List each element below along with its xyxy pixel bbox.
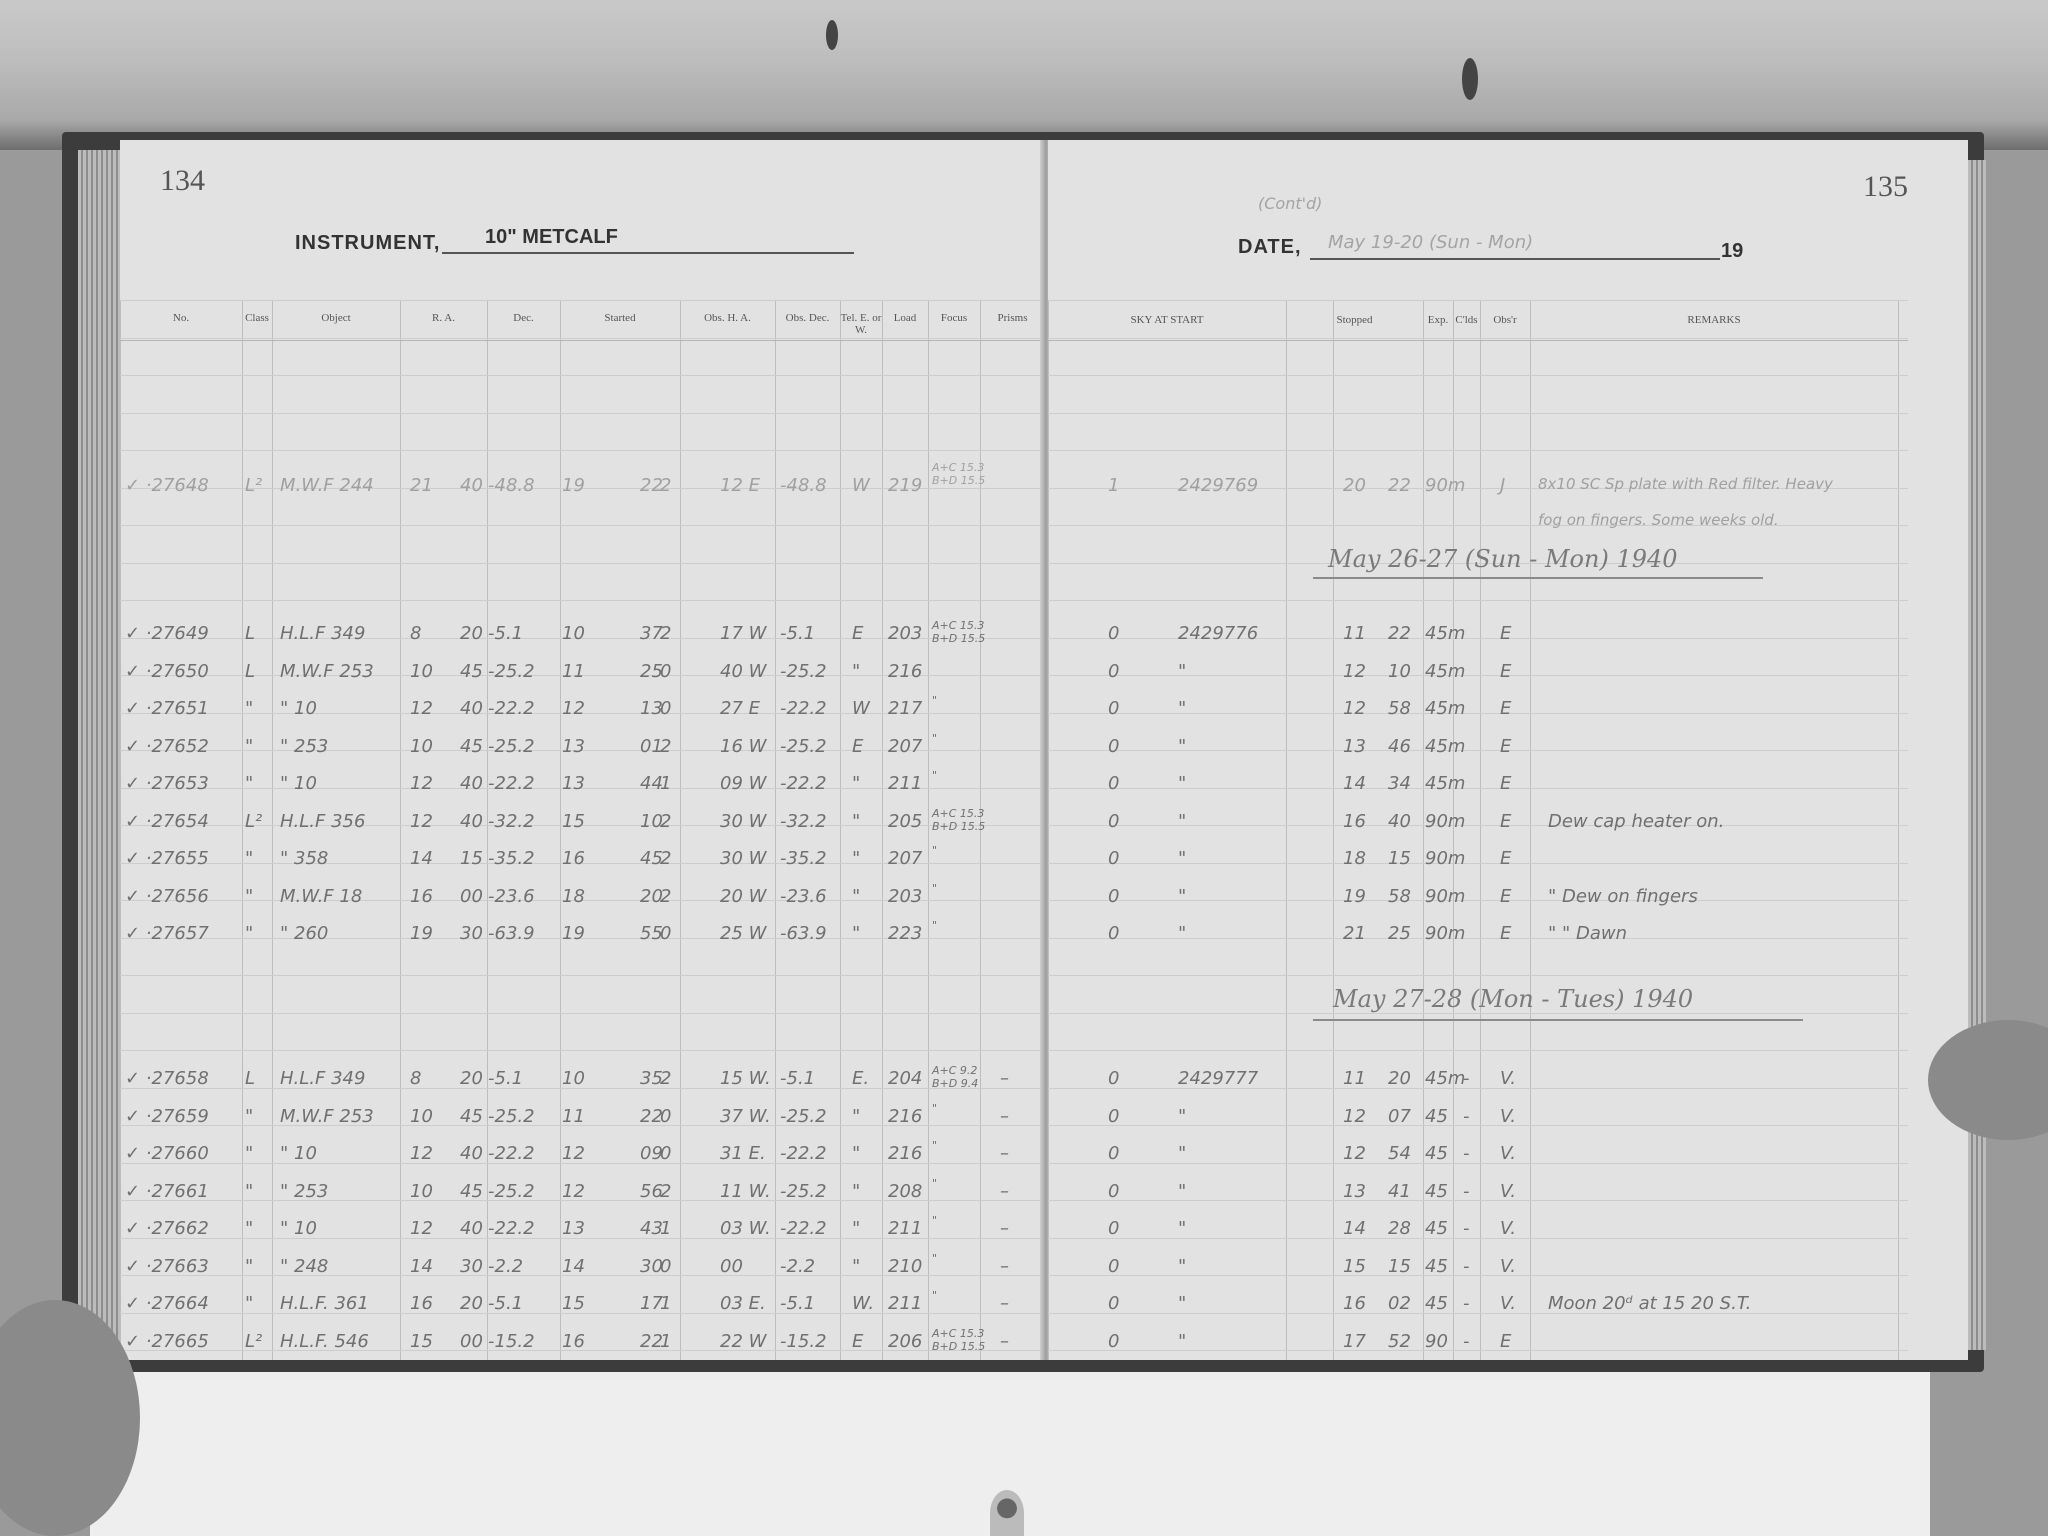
- contd-note: (Cont'd): [1258, 194, 1322, 213]
- ra-hours: 14: [410, 848, 433, 869]
- hour-angle: 30 W: [720, 848, 766, 869]
- ra-hours: 10: [410, 661, 433, 682]
- start-extra: 2: [660, 1068, 671, 1089]
- stopped-hours: 17: [1343, 1331, 1366, 1352]
- column-rule: [882, 300, 883, 1360]
- carryover-ra-m: 40: [460, 475, 483, 496]
- ra-hours: 12: [410, 1218, 433, 1239]
- column-header: Started: [560, 312, 680, 324]
- hour-angle: 22 W: [720, 1331, 766, 1352]
- ra-minutes: 30: [460, 923, 483, 944]
- row-rule: [1048, 1200, 1908, 1201]
- stopped-hours: 18: [1343, 848, 1366, 869]
- observer: E: [1500, 661, 1511, 682]
- exposure: 45m: [1425, 623, 1465, 644]
- column-header: Class: [242, 312, 272, 324]
- exposure: 90m: [1425, 923, 1465, 944]
- exposure: 90m: [1425, 886, 1465, 907]
- clouds: -: [1463, 1218, 1470, 1239]
- left-page: 134 INSTRUMENT, 10" METCALF No.ClassObje…: [120, 140, 1045, 1360]
- julian-day: ": [1178, 698, 1186, 719]
- clouds: -: [1463, 1256, 1470, 1277]
- carryover-remark-1: 8x10 SC Sp plate with Red filter. Heavy: [1538, 475, 1833, 493]
- ra-hours: 16: [410, 1293, 433, 1314]
- column-header: Obs. H. A.: [680, 312, 775, 324]
- column-rule: [1423, 300, 1424, 1360]
- start-extra: 1: [660, 1331, 671, 1352]
- telescope-side: ": [852, 848, 860, 869]
- sky-at-start: 0: [1108, 811, 1119, 832]
- column-rule: [928, 300, 929, 1360]
- ra-minutes: 00: [460, 886, 483, 907]
- exposure: 90m: [1425, 811, 1465, 832]
- carryover-dec: -48.8: [488, 475, 535, 496]
- plate-number: ✓ ·27659: [125, 1106, 209, 1127]
- exposure: 45m: [1425, 698, 1465, 719]
- column-header: C'lds: [1453, 314, 1480, 326]
- sky-at-start: 0: [1108, 773, 1119, 794]
- focus-value: ": [932, 694, 937, 707]
- start-hours: 19: [562, 923, 585, 944]
- telescope-side: ": [852, 886, 860, 907]
- row-rule: [1048, 1275, 1908, 1276]
- remark: " " Dawn: [1548, 923, 1627, 944]
- class-value: ": [245, 1143, 253, 1164]
- focus-value: ": [932, 1252, 937, 1265]
- julian-day: ": [1178, 661, 1186, 682]
- start-extra: 2: [660, 811, 671, 832]
- row-rule: [1048, 1238, 1908, 1239]
- telescope-side: E.: [852, 1068, 869, 1089]
- ra-minutes: 15: [460, 848, 483, 869]
- instrument-underline: [442, 252, 854, 254]
- julian-day: ": [1178, 1106, 1186, 1127]
- start-extra: 0: [660, 661, 671, 682]
- plate-number: ✓ ·27661: [125, 1181, 209, 1202]
- stopped-minutes: 15: [1388, 1256, 1411, 1277]
- declination: -32.2: [488, 811, 535, 832]
- carryover-sky: 1: [1108, 475, 1119, 496]
- ra-minutes: 00: [460, 1331, 483, 1352]
- object-value: " 10: [280, 1218, 317, 1239]
- ra-hours: 10: [410, 1181, 433, 1202]
- stopped-minutes: 20: [1388, 1068, 1411, 1089]
- stopped-minutes: 15: [1388, 848, 1411, 869]
- prisms-value: –: [1000, 1218, 1009, 1239]
- ra-hours: 8: [410, 1068, 421, 1089]
- stopped-hours: 21: [1343, 923, 1366, 944]
- stopped-minutes: 02: [1388, 1293, 1411, 1314]
- object-value: " 10: [280, 1143, 317, 1164]
- header-rule: [120, 340, 1045, 341]
- exposure: 45: [1425, 1218, 1448, 1239]
- observer: V.: [1500, 1293, 1516, 1314]
- prisms-value: –: [1000, 1143, 1009, 1164]
- object-value: M.W.F 253: [280, 1106, 374, 1127]
- column-rule: [1048, 300, 1049, 1360]
- focus-value: A+C 15.3 B+D 15.5: [932, 1327, 985, 1353]
- remark: " Dew on fingers: [1548, 886, 1698, 907]
- row-rule: [1048, 975, 1908, 976]
- start-hours: 10: [562, 623, 585, 644]
- start-hours: 11: [562, 1106, 585, 1127]
- carryover-jd: 2429769: [1178, 475, 1258, 496]
- ra-minutes: 20: [460, 1293, 483, 1314]
- obs-declination: -15.2: [780, 1331, 827, 1352]
- ra-minutes: 40: [460, 1143, 483, 1164]
- column-header: Prisms: [980, 312, 1045, 324]
- remark: Dew cap heater on.: [1548, 811, 1724, 832]
- telescope-side: ": [852, 811, 860, 832]
- clouds: -: [1463, 1181, 1470, 1202]
- class-value: ": [245, 773, 253, 794]
- clouds: -: [1463, 1068, 1470, 1089]
- ra-minutes: 40: [460, 811, 483, 832]
- telescope-side: ": [852, 1106, 860, 1127]
- ra-hours: 15: [410, 1331, 433, 1352]
- hour-angle: 11 W.: [720, 1181, 771, 1202]
- row-rule: [1048, 1163, 1908, 1164]
- object-value: " 358: [280, 848, 328, 869]
- section-heading: May 27-28 (Mon - Tues) 1940: [1333, 985, 1693, 1013]
- start-extra: 2: [660, 886, 671, 907]
- stopped-minutes: 41: [1388, 1181, 1411, 1202]
- prisms-value: –: [1000, 1181, 1009, 1202]
- load-value: 208: [888, 1181, 922, 1202]
- start-hours: 15: [562, 1293, 585, 1314]
- carryover-no: ✓ ·27648: [125, 475, 209, 496]
- load-value: 216: [888, 661, 922, 682]
- carryover-ha: 12 E: [720, 475, 760, 496]
- sky-at-start: 0: [1108, 886, 1119, 907]
- stopped-minutes: 58: [1388, 698, 1411, 719]
- ra-minutes: 45: [460, 1106, 483, 1127]
- plate-number: ✓ ·27652: [125, 736, 209, 757]
- row-rule: [1048, 938, 1908, 939]
- class-value: ": [245, 1181, 253, 1202]
- sky-at-start: 0: [1108, 1143, 1119, 1164]
- row-rule: [1048, 1125, 1908, 1126]
- obs-declination: -25.2: [780, 736, 827, 757]
- stopped-minutes: 52: [1388, 1331, 1411, 1352]
- plate-number: ✓ ·27662: [125, 1218, 209, 1239]
- start-hours: 13: [562, 736, 585, 757]
- instrument-label: INSTRUMENT,: [295, 232, 440, 255]
- column-rule: [775, 300, 776, 1360]
- row-rule: [1048, 1050, 1908, 1051]
- hour-angle: 03 E.: [720, 1293, 766, 1314]
- hour-angle: 16 W: [720, 736, 766, 757]
- row-rule: [1048, 1350, 1908, 1351]
- ra-minutes: 45: [460, 661, 483, 682]
- declination: -63.9: [488, 923, 535, 944]
- start-hours: 12: [562, 1143, 585, 1164]
- column-header: Obs. Dec.: [775, 312, 840, 324]
- sky-at-start: 0: [1108, 698, 1119, 719]
- row-rule: [1048, 300, 1908, 301]
- focus-value: ": [932, 1102, 937, 1115]
- object-value: M.W.F 18: [280, 886, 362, 907]
- load-value: 223: [888, 923, 922, 944]
- plate-number: ✓ ·27650: [125, 661, 209, 682]
- load-value: 211: [888, 1218, 922, 1239]
- class-value: L: [245, 1068, 255, 1089]
- column-header: REMARKS: [1530, 314, 1898, 326]
- observer: E: [1500, 1331, 1511, 1352]
- header-rule: [1048, 340, 1908, 341]
- column-rule: [1333, 300, 1334, 1360]
- column-header: R. A.: [400, 312, 487, 324]
- column-header: Obs'r: [1480, 314, 1530, 326]
- object-value: " 253: [280, 736, 328, 757]
- ra-minutes: 40: [460, 1218, 483, 1239]
- start-hours: 14: [562, 1256, 585, 1277]
- column-header: Tel. E. or W.: [840, 312, 882, 336]
- page-edges-right: [1968, 160, 1986, 1350]
- clouds: -: [1463, 1143, 1470, 1164]
- telescope-side: W: [852, 698, 870, 719]
- exposure: 45: [1425, 1106, 1448, 1127]
- row-rule: [120, 375, 1045, 376]
- hour-angle: 37 W.: [720, 1106, 771, 1127]
- declination: -25.2: [488, 1106, 535, 1127]
- page-number-left: 134: [160, 164, 205, 198]
- plate-number: ✓ ·27657: [125, 923, 209, 944]
- stopped-minutes: 46: [1388, 736, 1411, 757]
- declination: -25.2: [488, 736, 535, 757]
- row-rule: [120, 563, 1045, 564]
- hour-angle: 40 W: [720, 661, 766, 682]
- sky-at-start: 0: [1108, 1331, 1119, 1352]
- ra-minutes: 20: [460, 1068, 483, 1089]
- row-rule: [120, 300, 1045, 301]
- focus-value: ": [932, 732, 937, 745]
- obs-declination: -5.1: [780, 1293, 815, 1314]
- object-value: H.L.F. 546: [280, 1331, 369, 1352]
- focus-value: ": [932, 1214, 937, 1227]
- prisms-value: –: [1000, 1331, 1009, 1352]
- telescope-side: ": [852, 661, 860, 682]
- telescope-side: E: [852, 736, 863, 757]
- carryover-load: 219: [888, 475, 922, 496]
- julian-day: 2429776: [1178, 623, 1258, 644]
- sky-at-start: 0: [1108, 1106, 1119, 1127]
- section-heading: May 26-27 (Sun - Mon) 1940: [1328, 545, 1678, 573]
- load-value: 217: [888, 698, 922, 719]
- carryover-obs-dec: -48.8: [780, 475, 827, 496]
- obs-declination: -22.2: [780, 1218, 827, 1239]
- carryover-start-x: 2: [660, 475, 671, 496]
- hour-angle: 20 W: [720, 886, 766, 907]
- column-rule: [272, 300, 273, 1360]
- hour-angle: 03 W.: [720, 1218, 771, 1239]
- ra-minutes: 20: [460, 623, 483, 644]
- load-value: 204: [888, 1068, 922, 1089]
- start-extra: 0: [660, 923, 671, 944]
- obs-declination: -5.1: [780, 1068, 815, 1089]
- carryover-stop-m: 22: [1388, 475, 1411, 496]
- obs-declination: -22.2: [780, 1143, 827, 1164]
- start-hours: 16: [562, 1331, 585, 1352]
- declination: -5.1: [488, 1068, 523, 1089]
- observer: V.: [1500, 1181, 1516, 1202]
- class-value: ": [245, 736, 253, 757]
- column-rule: [1898, 300, 1899, 1360]
- focus-value: ": [932, 1289, 937, 1302]
- telescope-side: ": [852, 773, 860, 794]
- prisms-value: –: [1000, 1293, 1009, 1314]
- load-value: 205: [888, 811, 922, 832]
- stopped-minutes: 25: [1388, 923, 1411, 944]
- row-rule: [1048, 1313, 1908, 1314]
- column-header: SKY AT START: [1048, 314, 1286, 326]
- julian-day: ": [1178, 1331, 1186, 1352]
- start-extra: 1: [660, 773, 671, 794]
- object-value: H.L.F. 361: [280, 1293, 369, 1314]
- column-rule: [1286, 300, 1287, 1360]
- julian-day: ": [1178, 848, 1186, 869]
- row-rule: [1048, 900, 1908, 901]
- ra-hours: 10: [410, 736, 433, 757]
- observer: E: [1500, 773, 1511, 794]
- page-edges-left: [78, 150, 120, 1350]
- julian-day: ": [1178, 1293, 1186, 1314]
- sky-at-start: 0: [1108, 1068, 1119, 1089]
- date-underline: [1310, 258, 1720, 260]
- start-hours: 16: [562, 848, 585, 869]
- load-value: 211: [888, 773, 922, 794]
- julian-day: ": [1178, 1218, 1186, 1239]
- hour-angle: 27 E: [720, 698, 760, 719]
- plate-number: ✓ ·27654: [125, 811, 209, 832]
- plate-number: ✓ ·27664: [125, 1293, 209, 1314]
- sky-at-start: 0: [1108, 1293, 1119, 1314]
- exposure: 45m: [1425, 736, 1465, 757]
- obs-declination: -22.2: [780, 698, 827, 719]
- class-value: ": [245, 848, 253, 869]
- object-value: H.L.F 349: [280, 1068, 365, 1089]
- declination: -22.2: [488, 773, 535, 794]
- row-rule: [1048, 788, 1908, 789]
- class-value: L: [245, 661, 255, 682]
- right-page: 135 (Cont'd) DATE, May 19-20 (Sun - Mon)…: [1048, 140, 1968, 1360]
- ra-hours: 14: [410, 1256, 433, 1277]
- carryover-object: M.W.F 244: [280, 475, 374, 496]
- sky-at-start: 0: [1108, 661, 1119, 682]
- load-value: 216: [888, 1106, 922, 1127]
- ra-hours: 12: [410, 698, 433, 719]
- class-value: L: [245, 623, 255, 644]
- stopped-minutes: 54: [1388, 1143, 1411, 1164]
- row-rule: [1048, 450, 1908, 451]
- stopped-hours: 12: [1343, 698, 1366, 719]
- obs-declination: -32.2: [780, 811, 827, 832]
- obs-declination: -35.2: [780, 848, 827, 869]
- row-rule: [1048, 713, 1908, 714]
- stopped-hours: 12: [1343, 661, 1366, 682]
- object-value: " 10: [280, 773, 317, 794]
- load-value: 207: [888, 736, 922, 757]
- obs-declination: -2.2: [780, 1256, 815, 1277]
- telescope-side: ": [852, 1143, 860, 1164]
- class-value: ": [245, 886, 253, 907]
- load-value: 216: [888, 1143, 922, 1164]
- class-value: ": [245, 698, 253, 719]
- obs-declination: -25.2: [780, 661, 827, 682]
- object-value: H.L.F 356: [280, 811, 365, 832]
- wood-knot: [826, 20, 838, 50]
- row-rule: [1048, 525, 1908, 526]
- row-rule: [1048, 863, 1908, 864]
- sky-at-start: 0: [1108, 923, 1119, 944]
- prisms-value: –: [1000, 1068, 1009, 1089]
- column-rule: [1530, 300, 1531, 1360]
- column-header: No.: [120, 312, 242, 324]
- observer: E: [1500, 698, 1511, 719]
- row-rule: [120, 975, 1045, 976]
- stopped-hours: 11: [1343, 623, 1366, 644]
- column-header: Object: [272, 312, 400, 324]
- declination: -5.1: [488, 1293, 523, 1314]
- stopped-minutes: 34: [1388, 773, 1411, 794]
- start-extra: 0: [660, 1106, 671, 1127]
- hour-angle: 00: [720, 1256, 743, 1277]
- object-value: " 260: [280, 923, 328, 944]
- plate-number: ✓ ·27663: [125, 1256, 209, 1277]
- clouds: -: [1463, 1331, 1470, 1352]
- row-rule: [120, 525, 1045, 526]
- date-value: May 19-20 (Sun - Mon): [1328, 232, 1533, 253]
- start-hours: 15: [562, 811, 585, 832]
- ra-hours: 12: [410, 811, 433, 832]
- declination: -15.2: [488, 1331, 535, 1352]
- stopped-hours: 12: [1343, 1143, 1366, 1164]
- ra-minutes: 45: [460, 736, 483, 757]
- sky-at-start: 0: [1108, 623, 1119, 644]
- ra-minutes: 40: [460, 773, 483, 794]
- stopped-hours: 15: [1343, 1256, 1366, 1277]
- load-value: 207: [888, 848, 922, 869]
- julian-day: ": [1178, 1256, 1186, 1277]
- declination: -22.2: [488, 1143, 535, 1164]
- start-extra: 2: [660, 736, 671, 757]
- column-rule: [560, 300, 561, 1360]
- telescope-side: E: [852, 623, 863, 644]
- start-hours: 13: [562, 1218, 585, 1239]
- obs-declination: -23.6: [780, 886, 827, 907]
- declination: -5.1: [488, 623, 523, 644]
- stopped-minutes: 10: [1388, 661, 1411, 682]
- plate-number: ✓ ·27660: [125, 1143, 209, 1164]
- stopped-hours: 13: [1343, 736, 1366, 757]
- observer: V.: [1500, 1256, 1516, 1277]
- sky-at-start: 0: [1108, 848, 1119, 869]
- carryover-focus: A+C 15.3 B+D 15.5: [932, 461, 985, 487]
- row-rule: [120, 1013, 1045, 1014]
- julian-day: ": [1178, 811, 1186, 832]
- start-hours: 11: [562, 661, 585, 682]
- observer: V.: [1500, 1218, 1516, 1239]
- stopped-hours: 12: [1343, 1106, 1366, 1127]
- start-extra: 0: [660, 698, 671, 719]
- load-value: 203: [888, 886, 922, 907]
- ra-hours: 16: [410, 886, 433, 907]
- page-number-right: 135: [1863, 170, 1908, 204]
- load-value: 211: [888, 1293, 922, 1314]
- column-rule: [400, 300, 401, 1360]
- sky-at-start: 0: [1108, 1181, 1119, 1202]
- class-value: L²: [245, 1331, 262, 1352]
